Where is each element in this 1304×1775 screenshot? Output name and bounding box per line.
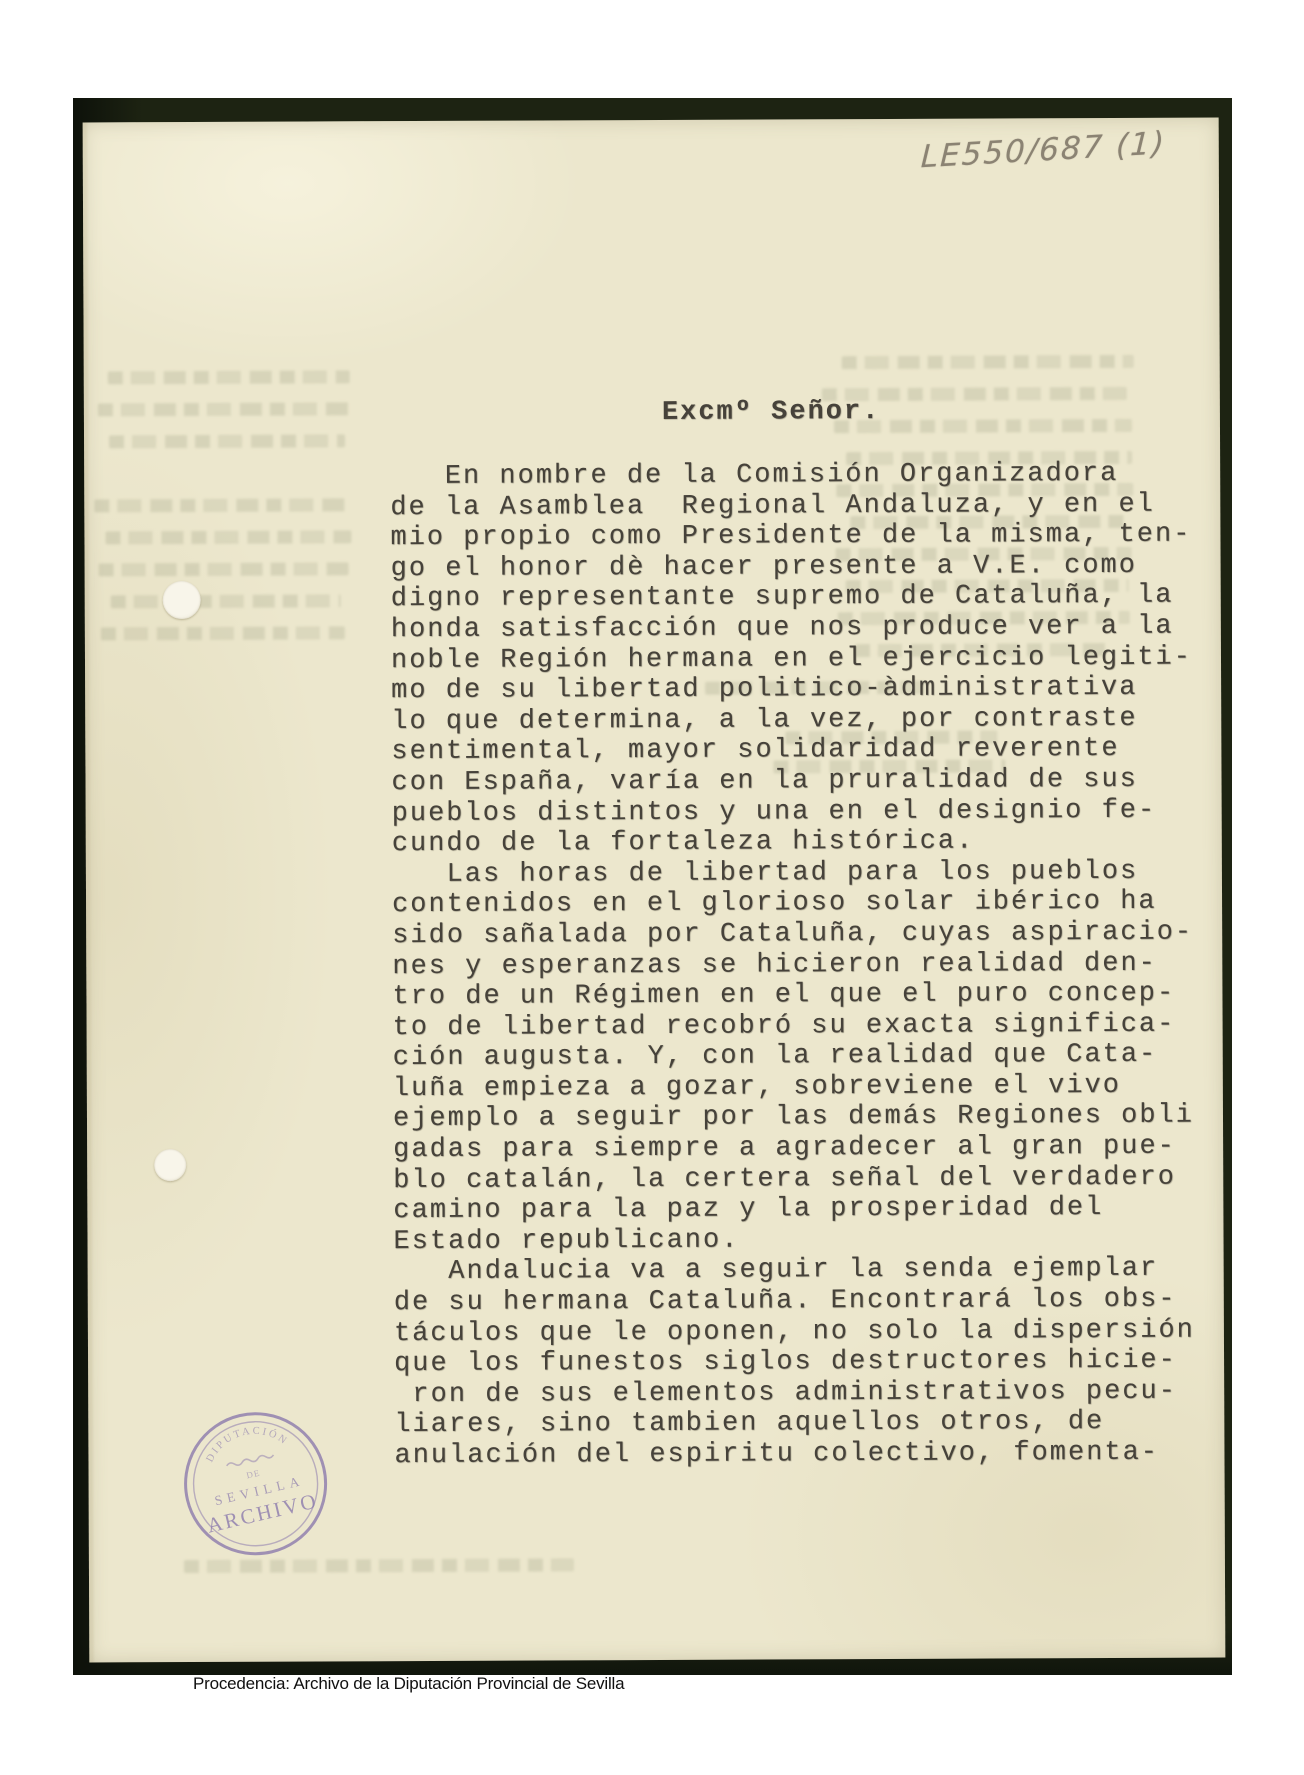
bleedthrough-smudge [98, 402, 350, 416]
screenshot-root: { "annotation": { "reference_number": "L… [0, 0, 1304, 1775]
scan-border: LE550/687 (1) Excmº Señor. En nombre de … [73, 98, 1232, 1675]
bleedthrough-smudge [105, 530, 351, 544]
document-page: LE550/687 (1) Excmº Señor. En nombre de … [83, 118, 1226, 1663]
letter-paragraph: Andalucia va a seguir la senda ejemplar … [394, 1254, 1205, 1472]
bleedthrough-smudge [111, 594, 341, 608]
stamp-ornament [226, 1453, 274, 1468]
bleedthrough-smudge [94, 498, 350, 512]
punch-hole [154, 1149, 186, 1181]
bleedthrough-smudge [101, 626, 345, 640]
letter-paragraph: Las horas de libertad para los pueblos c… [392, 856, 1204, 1257]
bleedthrough-smudge [108, 370, 350, 384]
bleedthrough-smudge [109, 434, 345, 448]
bleedthrough-smudge [99, 562, 349, 576]
bleedthrough-smudge [842, 355, 1134, 369]
punch-hole [163, 581, 201, 619]
letter-body: En nombre de la Comisión Organizadora de… [390, 459, 1204, 1472]
stamp-de-text: DE [245, 1468, 261, 1481]
letter-salutation: Excmº Señor. [662, 397, 881, 429]
archive-stamp: DIPUTACIÓN DE SEVILLA ARCHIVO [167, 1395, 345, 1573]
archive-reference-annotation: LE550/687 (1) [920, 125, 1167, 175]
letter-paragraph: En nombre de la Comisión Organizadora de… [390, 459, 1202, 860]
provenance-caption: Procedencia: Archivo de la Diputación Pr… [193, 1674, 624, 1694]
